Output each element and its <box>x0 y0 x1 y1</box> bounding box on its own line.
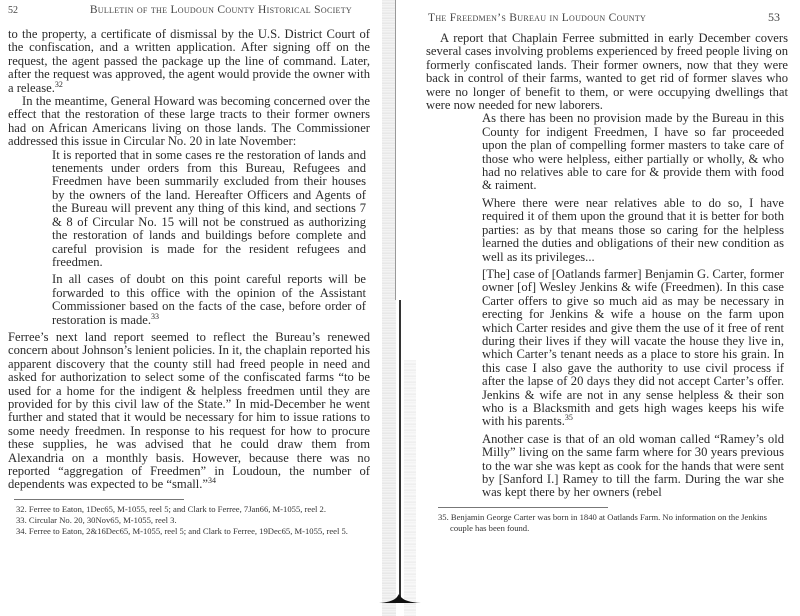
footnote-ref: 34 <box>208 476 216 485</box>
footnote-divider <box>14 499 184 500</box>
right-body-text: A report that Chaplain Ferree submitted … <box>426 32 788 500</box>
footnote: 33. Circular No. 20, 30Nov65, M-1055, re… <box>16 515 370 526</box>
block-quote: It is reported that in some cases re the… <box>52 149 366 327</box>
page-number-right: 53 <box>768 10 788 25</box>
footnote-ref: 33 <box>151 311 159 320</box>
block-quote: As there has been no provision made by t… <box>482 112 784 499</box>
footnote: 34. Ferree to Eaton, 2&16Dec65, M-1055, … <box>16 526 370 537</box>
gutter-shadow-left <box>382 0 396 616</box>
quote-paragraph: [The] case of [Oatlands farmer] Benjamin… <box>482 268 784 429</box>
quote-paragraph: It is reported that in some cases re the… <box>52 149 366 270</box>
running-head-right: The Freedmen’s Bureau in Loudoun County … <box>426 4 788 26</box>
left-body-text: to the property, a certificate of dismis… <box>8 28 370 492</box>
quote-paragraph: In all cases of doubt on this point care… <box>52 273 366 327</box>
footnotes-right: 35. Benjamin George Carter was born in 1… <box>426 512 788 534</box>
quote-paragraph: Another case is that of an old woman cal… <box>482 433 784 500</box>
paragraph: In the meantime, General Howard was beco… <box>8 95 370 149</box>
spine-line <box>399 300 401 600</box>
left-page: 52 Bulletin of the Loudoun County Histor… <box>0 0 380 616</box>
gutter-shadow-right <box>404 360 416 616</box>
quote-paragraph: As there has been no provision made by t… <box>482 112 784 192</box>
paragraph: to the property, a certificate of dismis… <box>8 28 370 95</box>
running-head-title-right: The Freedmen’s Bureau in Loudoun County <box>426 12 646 24</box>
page-number-left: 52 <box>8 5 18 16</box>
spine-line-upper <box>395 0 396 300</box>
right-page: The Freedmen’s Bureau in Loudoun County … <box>420 0 800 616</box>
footnotes-left: 32. Ferree to Eaton, 1Dec65, M-1055, ree… <box>8 504 370 537</box>
footnote: 35. Benjamin George Carter was born in 1… <box>438 512 788 534</box>
running-head-title-left: Bulletin of the Loudoun County Historica… <box>90 4 352 16</box>
footnote-divider <box>438 507 608 508</box>
paragraph: Ferree’s next land report seemed to refl… <box>8 331 370 492</box>
footnote-ref: 35 <box>565 413 573 422</box>
book-gutter <box>380 0 420 616</box>
running-head-left: 52 Bulletin of the Loudoun County Histor… <box>8 4 370 26</box>
paragraph: A report that Chaplain Ferree submitted … <box>426 32 788 112</box>
spine-base-shadow <box>379 594 421 604</box>
footnote: 32. Ferree to Eaton, 1Dec65, M-1055, ree… <box>16 504 370 515</box>
footnote-ref: 32 <box>55 79 63 88</box>
quote-paragraph: Where there were near relatives able to … <box>482 197 784 264</box>
